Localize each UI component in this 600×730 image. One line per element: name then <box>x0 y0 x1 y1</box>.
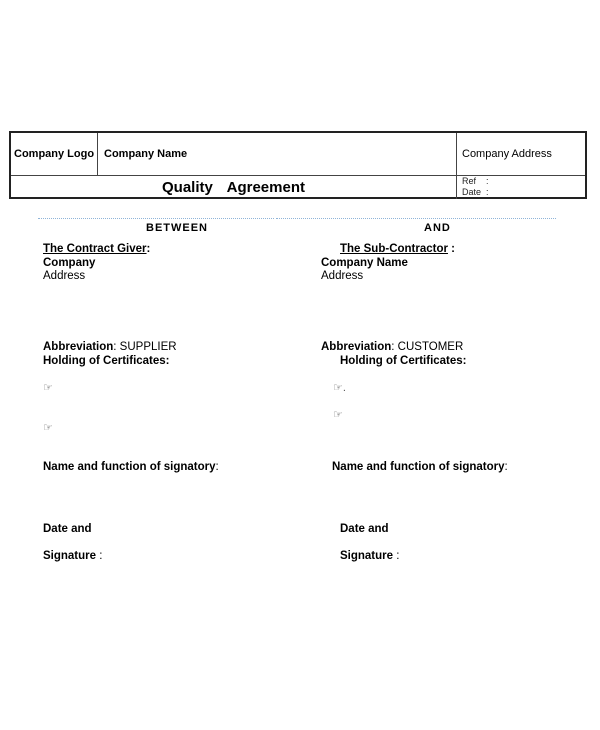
right-company: Company Name <box>321 256 408 270</box>
right-address: Address <box>321 269 363 283</box>
contract-giver-label: The Contract Giver <box>43 243 147 255</box>
divider-right <box>276 218 556 219</box>
left-signature: Signature : <box>43 549 102 563</box>
abbreviation-value: : SUPPLIER <box>113 341 176 353</box>
colon: : <box>96 550 102 562</box>
company-logo-cell: Company Logo <box>11 133 98 175</box>
signature-label: Signature <box>340 550 393 562</box>
sub-contractor-heading: The Sub-Contractor : <box>340 242 455 256</box>
colon: : <box>393 550 399 562</box>
right-signatory: Name and function of signatory: <box>332 460 508 474</box>
abbreviation-label: Abbreviation <box>43 341 113 353</box>
company-name-cell: Company Name <box>98 133 456 175</box>
right-abbreviation: Abbreviation: CUSTOMER <box>321 340 463 354</box>
header-row-top: Company Logo Company Name Company Addres… <box>11 133 585 176</box>
abbreviation-label: Abbreviation <box>321 341 391 353</box>
signatory-label: Name and function of signatory <box>43 461 216 473</box>
between-heading: BETWEEN <box>146 222 208 234</box>
colon: : <box>147 243 151 255</box>
hand-pointing-icon: ☞. <box>333 381 346 394</box>
document-title: Quality Agreement <box>162 179 305 196</box>
date-label: Date : <box>462 187 489 198</box>
and-heading: AND <box>424 222 451 234</box>
header-row-bottom: Quality Agreement Ref : Date : <box>11 175 585 199</box>
ref-label: Ref : <box>462 176 489 187</box>
signature-label: Signature <box>43 550 96 562</box>
left-date-label: Date and <box>43 522 92 536</box>
hand-pointing-icon: ☞ <box>43 381 53 394</box>
left-company: Company <box>43 256 95 270</box>
colon: : <box>216 461 219 473</box>
ref-date-cell: Ref : Date : <box>456 175 587 199</box>
certificate-item: . <box>343 382 346 394</box>
hand-pointing-icon: ☞ <box>333 408 343 421</box>
document-title-cell: Quality Agreement <box>11 175 456 199</box>
colon: : <box>448 243 455 255</box>
colon: : <box>505 461 508 473</box>
abbreviation-value: : CUSTOMER <box>391 341 463 353</box>
contract-giver-heading: The Contract Giver: <box>43 242 150 256</box>
company-address-cell: Company Address <box>456 133 587 175</box>
left-signatory: Name and function of signatory: <box>43 460 219 474</box>
hand-pointing-icon: ☞ <box>43 421 53 434</box>
right-date-label: Date and <box>340 522 389 536</box>
right-certificates-label: Holding of Certificates: <box>340 354 467 368</box>
left-address: Address <box>43 269 85 283</box>
left-certificates-label: Holding of Certificates: <box>43 354 170 368</box>
divider-left <box>38 218 274 219</box>
header-table: Company Logo Company Name Company Addres… <box>9 131 587 199</box>
left-abbreviation: Abbreviation: SUPPLIER <box>43 340 177 354</box>
signatory-label: Name and function of signatory <box>332 461 505 473</box>
sub-contractor-label: The Sub-Contractor <box>340 243 448 255</box>
right-signature: Signature : <box>340 549 399 563</box>
